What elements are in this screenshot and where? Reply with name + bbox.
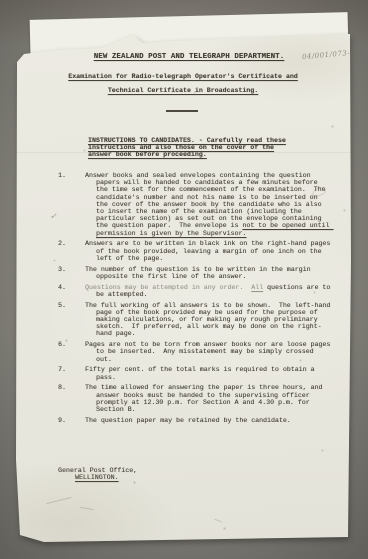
item-text: The time allowed for answering the paper… bbox=[85, 384, 332, 413]
list-item: 3. The number of the question is to be w… bbox=[58, 266, 332, 280]
section-divider-rule bbox=[166, 110, 198, 112]
instructions-list: 1. Answer books and sealed envelopes con… bbox=[58, 172, 332, 428]
list-item: 8. The time allowed for answering the pa… bbox=[58, 384, 332, 413]
paper-specks bbox=[14, 30, 15, 31]
list-item: 1. Answer books and sealed envelopes con… bbox=[58, 172, 332, 237]
list-item: 9. The question paper may be retained by… bbox=[58, 417, 332, 424]
item-number: 5. bbox=[58, 302, 85, 338]
subtitle-line-1: Examination for Radio-telegraph Operator… bbox=[14, 73, 352, 80]
page-title: NEW ZEALAND POST AND TELEGRAPH DEPARTMEN… bbox=[94, 54, 284, 61]
footer-address: General Post Office, WELLINGTON. bbox=[58, 467, 137, 481]
item-number: 8. bbox=[58, 384, 85, 413]
item-number: 9. bbox=[58, 417, 85, 424]
item-number: 2. bbox=[58, 240, 85, 262]
scan-background: NEW ZEALAND POST AND TELEGRAPH DEPARTMEN… bbox=[0, 0, 368, 559]
item-text: The full working of all answers is to be… bbox=[85, 302, 332, 338]
item-number: 4. bbox=[58, 284, 85, 298]
item-number: 7. bbox=[58, 366, 85, 380]
document-page: NEW ZEALAND POST AND TELEGRAPH DEPARTMEN… bbox=[14, 30, 352, 545]
list-item: 7. Fifty per cent. of the total marks is… bbox=[58, 366, 332, 380]
item-text: Pages are not to be torn from answer boo… bbox=[85, 341, 332, 363]
footer-line-2: WELLINGTON. bbox=[75, 474, 137, 481]
item-number: 3. bbox=[58, 266, 85, 280]
pencil-check-mark: ✓ bbox=[50, 214, 58, 222]
item-number: 1. bbox=[58, 172, 85, 237]
pencil-smudge bbox=[80, 507, 94, 510]
item-text: Questions may be attempted in any order.… bbox=[85, 284, 332, 298]
list-item: 6. Pages are not to be torn from answer … bbox=[58, 341, 332, 363]
item-text: Answers are to be written in black ink o… bbox=[85, 240, 332, 262]
pencil-smudge bbox=[46, 497, 71, 504]
item-number: 6. bbox=[58, 341, 85, 363]
subtitle-line-2: Technical Certificate in Broadcasting. bbox=[14, 87, 352, 94]
list-item: 5. The full working of all answers is to… bbox=[58, 302, 332, 338]
document-page-wrap: NEW ZEALAND POST AND TELEGRAPH DEPARTMEN… bbox=[14, 30, 352, 545]
item-text: Fifty per cent. of the total marks is re… bbox=[85, 366, 332, 380]
item-text: Answer books and sealed envelopes contai… bbox=[85, 172, 332, 237]
pencil-smudge bbox=[214, 519, 222, 523]
item-text: The number of the question is to be writ… bbox=[85, 266, 332, 280]
list-item: 4. Questions may be attempted in any ord… bbox=[58, 284, 332, 298]
item-text: The question paper may be retained by th… bbox=[85, 417, 332, 424]
instructions-heading: INSTRUCTIONS TO CANDIDATES. - Carefully … bbox=[88, 137, 296, 159]
list-item: 2. Answers are to be written in black in… bbox=[58, 240, 332, 262]
